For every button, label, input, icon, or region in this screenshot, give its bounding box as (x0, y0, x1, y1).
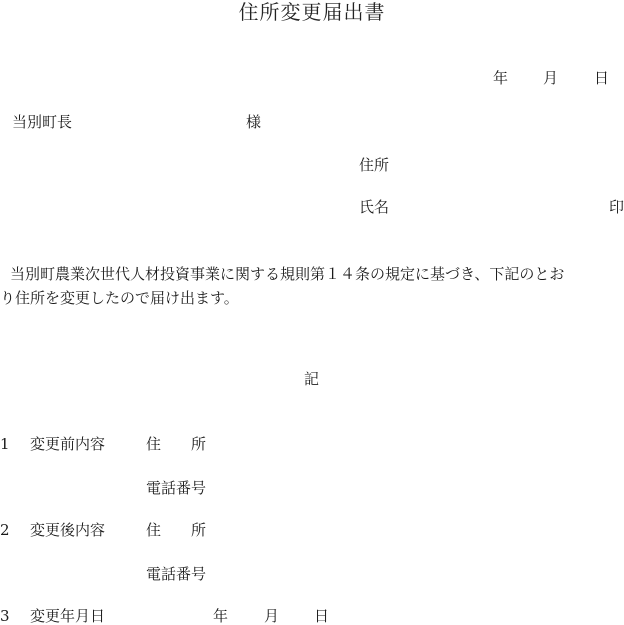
seal-label: 印 (609, 200, 624, 215)
body-paragraph: 当別町農業次世代人材投資事業に関する規則第１４条の規定に基づき、下記のとお り住… (0, 262, 624, 310)
ki-heading: 記 (304, 372, 319, 387)
item-number: 3 (0, 609, 10, 624)
change-date-year-label: 年 (213, 609, 228, 624)
addressee-name: 当別町長 (12, 115, 72, 130)
item-address-label: 住 所 (146, 437, 206, 452)
item-label: 変更前内容 (30, 437, 105, 452)
applicant-address-label: 住所 (359, 158, 389, 173)
date-month-label: 月 (543, 71, 558, 86)
body-line-1: 当別町農業次世代人材投資事業に関する規則第１４条の規定に基づき、下記のとお (0, 262, 624, 286)
item-number: 2 (0, 523, 10, 538)
date-year-label: 年 (493, 71, 508, 86)
addressee-honorific: 様 (246, 115, 261, 130)
item-number: 1 (0, 437, 10, 452)
item-phone-label: 電話番号 (146, 567, 206, 582)
item-label: 変更年月日 (30, 609, 105, 624)
date-day-label: 日 (594, 71, 609, 86)
item-phone-label: 電話番号 (146, 481, 206, 496)
body-line-2: り住所を変更したので届け出ます。 (0, 286, 624, 310)
document-title: 住所変更届出書 (0, 2, 624, 22)
applicant-name-label: 氏名 (359, 200, 389, 215)
change-date-day-label: 日 (314, 609, 329, 624)
item-address-label: 住 所 (146, 523, 206, 538)
item-label: 変更後内容 (30, 523, 105, 538)
change-date-month-label: 月 (264, 609, 279, 624)
